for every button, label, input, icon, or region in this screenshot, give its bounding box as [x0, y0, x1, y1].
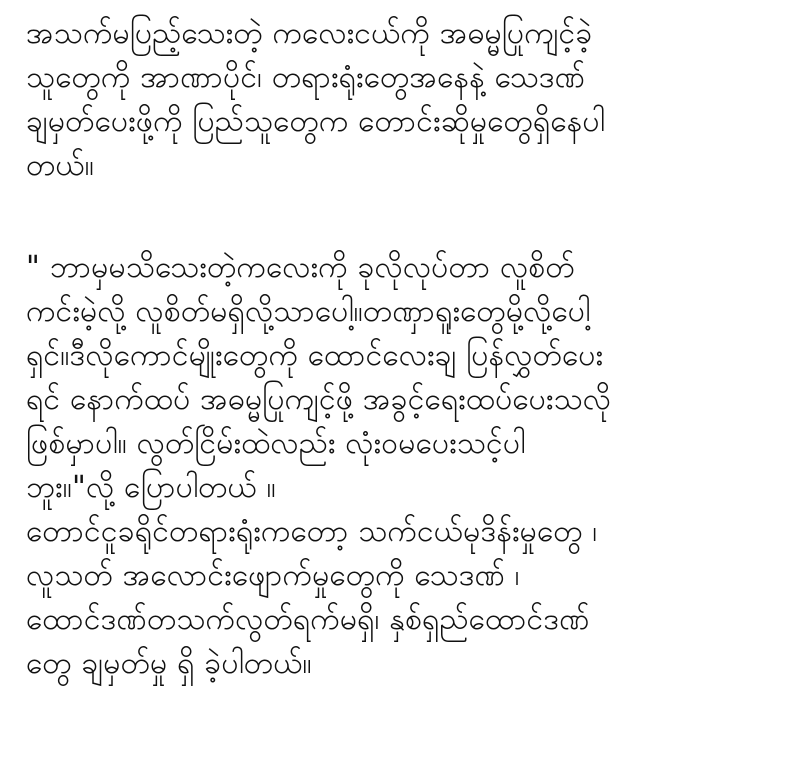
text-line: ဘူး။"လို့ ပြောပါတယ် ။: [26, 466, 276, 510]
text-line: ရှင်။ဒီလိုကောင်မျိုးတွေကို ထောင်လေးချ ပြ…: [26, 334, 603, 378]
text-line: တောင်ငူခရိုင်တရားရုံးကတော့ သက်ငယ်မုဒိန်း…: [26, 510, 597, 554]
text-line: လူသတ် အလောင်းဖျောက်မှုတွေကို သေဒဏ် ၊: [26, 554, 520, 598]
text-line: တွေ ချမှတ်မှု ရှိ ခဲ့ပါတယ်။: [26, 642, 312, 686]
text-line: ချမှတ်ပေးဖို့ကို ပြည်သူတွေက တောင်းဆိုမှု…: [26, 100, 605, 144]
text-line: ဖြစ်မှာပါ။ လွတ်ငြိမ်းထဲလည်း လုံးဝမပေးသင့…: [26, 422, 525, 466]
text-line: ရင် နောက်ထပ် အဓမ္မပြုကျင့်ဖို့ အခွင့်ရေး…: [26, 378, 611, 422]
text-line: အသက်မပြည့်သေးတဲ့ ကလေးငယ်ကို အဓမ္မပြုကျင့…: [26, 12, 592, 56]
text-line: သူတွေကို အာဏာပိုင်၊ တရားရုံးတွေအနေနဲ့ သေ…: [26, 56, 585, 100]
text-line: တယ်။: [26, 144, 94, 188]
text-line: " ဘာမှမသိသေးတဲ့ကလေးကို ခုလိုလုပ်တာ လူစိတ…: [26, 246, 575, 290]
text-line: ကင်းမဲ့လို့ လူစိတ်မရှိလို့သာပေါ့။တဏှာရူး…: [26, 290, 590, 334]
text-line: ထောင်ဒဏ်တသက်လွတ်ရက်မရှိ၊ နှစ်ရှည်ထောင်ဒဏ…: [26, 598, 590, 642]
